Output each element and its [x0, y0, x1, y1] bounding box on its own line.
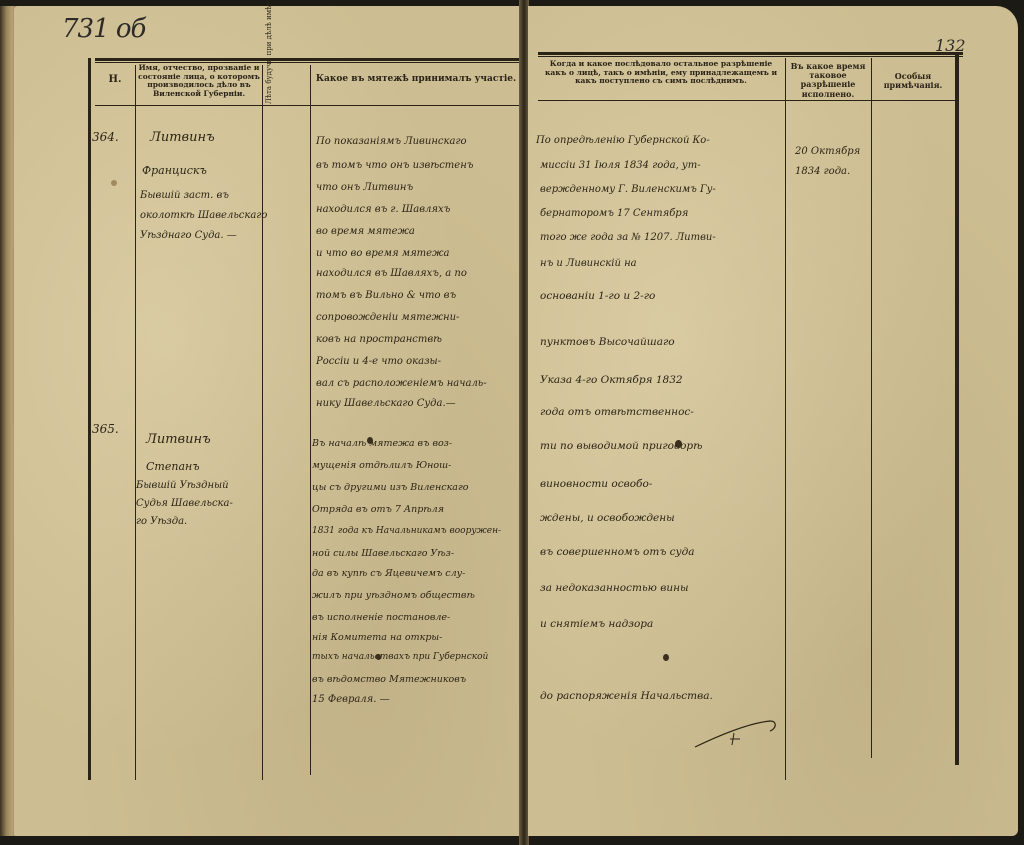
entry-number: 365.: [92, 422, 119, 436]
executed-date-line: 1834 года.: [795, 166, 850, 177]
text-line: мущенія отдѣлилъ Юнош-: [312, 460, 451, 471]
text-line: нія Комитета на откры-: [312, 632, 442, 643]
col-divider-resolution: [785, 58, 786, 780]
entry-status-line: околоткѣ Шавельскаго: [140, 210, 267, 221]
text-line: въ исполненіе постановле-: [312, 612, 450, 623]
entry-surname: Литвинъ: [146, 432, 211, 447]
text-line: въ томъ что онъ извѣстенъ: [316, 160, 473, 171]
right-table-top-rule-thin: [538, 56, 963, 57]
entry-status-line: Бывшій Уѣздный: [136, 480, 229, 491]
entry-given-name: Степанъ: [146, 460, 200, 473]
ink-blot: [675, 440, 682, 448]
left-header-bottom-rule: [95, 105, 520, 106]
text-line: По опредѣленію Губернской Ко-: [536, 135, 710, 146]
text-line: Указа 4-го Октября 1832: [540, 374, 683, 386]
right-outer-border: [955, 55, 959, 765]
text-line: миссіи 31 Іюля 1834 года, ут-: [540, 160, 701, 171]
entry-status-line: го Уѣзда.: [136, 516, 187, 527]
text-line: Въ началѣ мятежа въ воз-: [312, 438, 452, 449]
header-years: Лѣта будучи при дѣлѣ имѣется о томъ свѣд…: [266, 64, 274, 104]
ink-blot: [367, 437, 373, 444]
text-line: вал съ расположеніемъ началь-: [316, 378, 487, 389]
col-divider-years: [310, 65, 311, 775]
text-line: до распоряженія Начальства.: [540, 690, 713, 702]
entry-status-line: Уѣзднаго Суда. —: [140, 230, 237, 241]
text-line: и снятіемъ надзора: [540, 618, 653, 630]
folio-mark: 731 об: [62, 14, 145, 44]
text-line: основаніи 1-го и 2-го: [540, 290, 655, 302]
header-notes: Особыя примѣчанія.: [873, 72, 953, 90]
text-line: Россіи и 4-е что оказы-: [316, 356, 441, 367]
entry-given-name: Францискъ: [142, 164, 207, 177]
text-line: года отъ отвѣтственнос-: [540, 406, 694, 418]
text-line: нику Шавельскаго Суда.—: [316, 398, 456, 409]
text-line: нъ и Ливинскій на: [540, 258, 637, 269]
text-line: да въ купѣ съ Яцевичемъ слу-: [312, 568, 465, 579]
entry-status-line: Бывшій заст. въ: [140, 190, 229, 201]
text-line: виновности освобо-: [540, 478, 652, 490]
text-line: что онъ Литвинъ: [316, 182, 413, 193]
text-line: ждены, и освобождены: [540, 512, 675, 524]
text-line: во время мятежа: [316, 226, 415, 237]
paper-stain: [111, 180, 117, 186]
header-number: Н.: [98, 74, 132, 86]
right-table-top-rule: [538, 52, 963, 55]
text-line: бернаторомъ 17 Сентября: [540, 208, 688, 219]
text-line: въ вѣдомство Мятежниковъ: [312, 674, 466, 685]
entry-number: 364.: [92, 130, 119, 144]
text-line: сопровожденіи мятежни-: [316, 312, 459, 323]
col-divider-name: [262, 65, 263, 780]
header-resolution: Когда и какое послѣдовало остальное разр…: [538, 60, 784, 86]
ink-blot: [663, 654, 669, 661]
text-line: тыхъ начальствахъ при Губернской: [312, 652, 488, 662]
col-divider-executed: [871, 58, 872, 758]
signature-flourish: [690, 715, 780, 755]
text-line: находился въ г. Шавляхъ: [316, 204, 450, 215]
executed-date-line: 20 Октября: [795, 146, 860, 157]
text-line: вержденному Г. Виленскимъ Гу-: [540, 184, 716, 195]
text-line: Отряда въ отъ 7 Апрѣля: [312, 504, 444, 515]
text-line: ковъ на пространствѣ: [316, 334, 442, 345]
text-line: цы съ другими изъ Виленскаго: [312, 482, 468, 493]
header-name: Имя, отчество, прозваніе и состояніе лиц…: [138, 64, 260, 99]
ink-blot: [376, 654, 381, 660]
text-line: того же года за № 1207. Литви-: [540, 232, 716, 243]
col-divider-number: [135, 65, 136, 780]
text-line: и что во время мятежа: [316, 248, 449, 259]
text-line: 15 Февраля. —: [312, 694, 390, 705]
text-line: томъ въ Вильно & что въ: [316, 290, 456, 301]
text-line: По показаніямъ Ливинскаго: [316, 136, 467, 147]
text-line: за недоказанностью вины: [540, 582, 689, 594]
text-line: ной силы Шавельскаго Уѣз-: [312, 548, 454, 559]
right-header-bottom-rule: [538, 100, 956, 101]
text-line: жилъ при уѣздномъ обществѣ: [312, 590, 475, 601]
left-outer-border: [88, 58, 91, 780]
text-line: пунктовъ Высочайшаго: [540, 336, 675, 348]
left-table-top-rule: [95, 58, 520, 61]
entry-surname: Литвинъ: [150, 130, 215, 145]
text-line: въ совершенномъ отъ суда: [540, 546, 695, 558]
header-participation: Какое въ мятежѣ принималъ участіе.: [314, 74, 518, 84]
text-line: находился въ Шавляхъ, а по: [316, 268, 467, 279]
entry-status-line: Судья Шавельска-: [136, 498, 233, 509]
header-executed: Въ какое время таковое разрѣшеніе исполн…: [787, 62, 869, 99]
text-line: 1831 года къ Начальникамъ вооружен-: [312, 526, 501, 536]
right-page: [528, 6, 1018, 836]
